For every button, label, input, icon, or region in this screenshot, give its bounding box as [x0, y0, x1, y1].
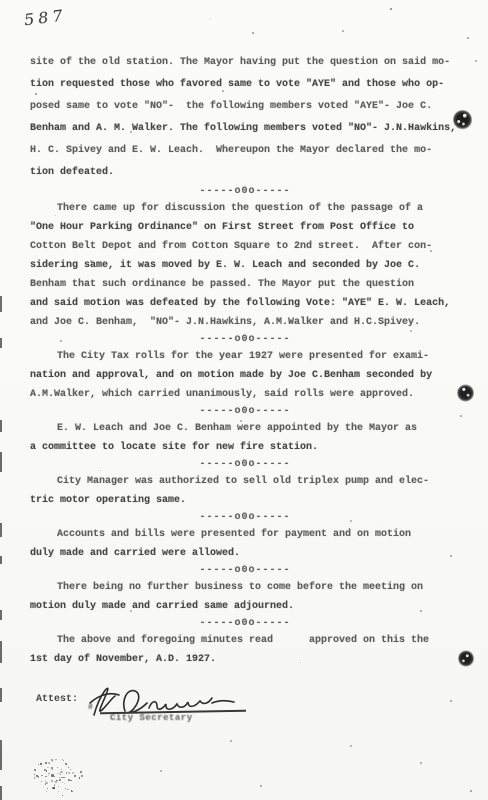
scan-speck — [252, 32, 254, 34]
secretary-title: City Secretary — [110, 713, 193, 723]
minutes-line: E. W. Leach and Joe C. Benham were appoi… — [30, 419, 460, 438]
scan-speck — [45, 776, 47, 778]
minutes-line: nation and approval, and on motion made … — [30, 366, 460, 385]
scan-speck — [68, 772, 70, 774]
scan-speck — [420, 762, 422, 764]
scan-edge-artifact — [0, 523, 2, 537]
scan-speck — [350, 745, 352, 747]
attest-label: Attest: — [36, 694, 78, 705]
scan-speck — [64, 783, 65, 784]
scan-edge-artifact — [0, 786, 2, 800]
scan-speck — [62, 795, 64, 797]
scan-speck — [41, 781, 42, 782]
scan-speck — [52, 761, 53, 762]
section-separator: -----o0o----- — [30, 404, 460, 419]
minutes-line: duly made and carried were allowed. — [30, 544, 460, 563]
scan-speck — [67, 789, 68, 790]
scan-speck — [54, 784, 55, 785]
scan-speck — [45, 762, 47, 764]
scan-speck — [57, 767, 58, 768]
minutes-line: 1st day of November, A.D. 1927. — [30, 650, 460, 669]
scan-speck — [40, 763, 41, 764]
scan-speck — [54, 776, 55, 777]
scan-speck — [61, 769, 62, 770]
paragraph: Accounts and bills were presented for pa… — [30, 525, 460, 563]
scan-speck — [62, 782, 64, 784]
scan-speck — [60, 771, 62, 773]
scan-speck — [450, 700, 452, 702]
paragraph: site of the old station. The Mayor havin… — [30, 52, 460, 184]
scan-speck — [57, 773, 58, 774]
scan-speck — [41, 775, 43, 777]
scan-speck — [260, 785, 262, 787]
scan-speck — [58, 786, 59, 787]
scan-speck — [34, 777, 35, 778]
scan-speck — [80, 771, 82, 773]
scan-speck — [475, 60, 477, 62]
scan-speck — [34, 769, 35, 770]
minutes-line: A.M.Walker, which carried unanimously, s… — [30, 385, 460, 404]
scan-speck — [71, 790, 73, 792]
scan-speck — [45, 783, 46, 784]
scan-speck — [36, 775, 38, 777]
minutes-line: Cotton Belt Depot and from Cotton Square… — [30, 237, 460, 256]
minutes-line: sidering same, it was moved by E. W. Lea… — [30, 256, 460, 275]
scan-speck — [70, 780, 71, 781]
scan-speck — [55, 759, 57, 761]
minutes-line: site of the old station. The Mayor havin… — [30, 52, 460, 74]
scan-edge-artifact — [0, 688, 2, 702]
scan-edge-artifact — [0, 641, 2, 663]
scan-speck — [160, 770, 162, 772]
scan-speck — [55, 781, 57, 783]
scan-speck — [68, 779, 70, 781]
scanned-minutes-page: 587 site of the old station. The Mayor h… — [0, 0, 488, 800]
scan-speck — [34, 774, 35, 775]
scan-speck — [68, 767, 69, 768]
scan-speck — [48, 775, 49, 776]
scan-speck — [51, 780, 53, 782]
scan-speck — [59, 777, 60, 778]
scan-speck — [470, 790, 472, 792]
section-separator: -----o0o----- — [30, 332, 460, 347]
scan-edge-artifact — [0, 556, 2, 564]
scan-speck — [48, 773, 50, 775]
minutes-line: "One Hour Parking Ordinance" on First St… — [30, 218, 460, 237]
scan-speck — [79, 777, 81, 779]
paragraph: City Manager was authorized to sell old … — [30, 472, 460, 510]
section-separator: -----o0o----- — [30, 184, 460, 199]
ink-blot — [458, 650, 474, 667]
scan-speck — [72, 791, 73, 792]
ink-blot — [453, 110, 472, 130]
minutes-line: There being no further business to come … — [30, 578, 460, 597]
scan-speck — [46, 791, 47, 792]
scan-speck — [62, 759, 63, 760]
scan-speck — [46, 782, 48, 784]
scan-speck — [66, 772, 68, 774]
handwritten-page-number: 587 — [23, 5, 68, 29]
scan-speck — [58, 791, 59, 792]
paragraph: There being no further business to come … — [30, 578, 460, 616]
minutes-text-block: site of the old station. The Mayor havin… — [30, 52, 460, 669]
minutes-line: and said motion was defeated by the foll… — [30, 294, 460, 313]
scan-speck — [48, 762, 50, 764]
minutes-line: Benham that such ordinance be passed. Th… — [30, 275, 460, 294]
scan-speck — [72, 772, 74, 774]
scan-edge-artifact — [0, 610, 2, 620]
scan-speck — [45, 780, 46, 781]
scan-speck — [59, 779, 61, 781]
section-separator: -----o0o----- — [30, 616, 460, 631]
paragraph: The above and foregoing minutes read app… — [30, 631, 460, 669]
scan-speck — [51, 759, 53, 761]
minutes-line: The above and foregoing minutes read app… — [30, 631, 460, 650]
scan-speck — [70, 769, 71, 770]
minutes-line: posed same to vote "NO"- the following m… — [30, 96, 460, 118]
ink-blot — [457, 384, 474, 402]
scan-speck — [49, 763, 50, 764]
scan-speck — [38, 776, 40, 778]
scan-speck — [38, 764, 39, 765]
section-separator: -----o0o----- — [30, 510, 460, 525]
section-separator: -----o0o----- — [30, 563, 460, 578]
scan-speck — [47, 767, 48, 768]
scan-speck — [230, 740, 232, 742]
minutes-line: The City Tax rolls for the year 1927 wer… — [30, 347, 460, 366]
paragraph: The City Tax rolls for the year 1927 wer… — [30, 347, 460, 404]
scan-speck — [342, 30, 344, 32]
scan-speck — [51, 767, 53, 769]
scan-speck — [56, 780, 57, 781]
section-separator: -----o0o----- — [30, 457, 460, 472]
scan-speck — [65, 763, 67, 765]
scan-speck — [59, 773, 61, 775]
scan-speck — [390, 8, 392, 10]
minutes-line: tion defeated. — [30, 162, 460, 184]
scan-speck — [52, 787, 54, 789]
scan-speck — [467, 37, 469, 39]
scan-edge-artifact — [0, 338, 2, 348]
paragraph: There came up for discussion the questio… — [30, 199, 460, 332]
minutes-line: tric motor operating same. — [30, 491, 460, 510]
scan-speck — [54, 785, 55, 786]
paragraph: E. W. Leach and Joe C. Benham were appoi… — [30, 419, 460, 457]
scan-speck — [74, 775, 76, 777]
minutes-line: City Manager was authorized to sell old … — [30, 472, 460, 491]
scan-speck — [61, 777, 63, 779]
scan-speck — [47, 788, 48, 789]
scan-speck — [460, 415, 462, 417]
minutes-line: and Joe C. Benham, "NO"- J.N.Hawkins, A.… — [30, 313, 460, 332]
minutes-line: a committee to locate site for new fire … — [30, 438, 460, 457]
scan-edge-artifact — [0, 740, 2, 770]
scan-speck — [44, 769, 46, 771]
minutes-line: tion requested those who favored same to… — [30, 74, 460, 96]
scan-speck — [46, 770, 48, 772]
minutes-line: Accounts and bills were presented for pa… — [30, 525, 460, 544]
scan-speck — [65, 788, 66, 789]
minutes-line: motion duly made and carried same adjour… — [30, 597, 460, 616]
scan-edge-artifact — [0, 452, 2, 472]
scan-speck — [81, 775, 82, 776]
scan-speck — [63, 777, 65, 779]
minutes-line: There came up for discussion the questio… — [30, 199, 460, 218]
scan-speck — [63, 760, 64, 761]
minutes-line: H. C. Spivey and E. W. Leach. Whereupon … — [30, 140, 460, 162]
scan-speck — [51, 774, 53, 776]
minutes-line: Benham and A. M. Walker. The following m… — [30, 118, 460, 140]
scan-speck — [52, 769, 53, 770]
scan-edge-artifact — [0, 420, 2, 432]
scan-speck — [210, 18, 211, 19]
scan-speck — [54, 781, 55, 782]
scan-edge-artifact — [0, 296, 2, 312]
scan-speck — [53, 787, 55, 789]
